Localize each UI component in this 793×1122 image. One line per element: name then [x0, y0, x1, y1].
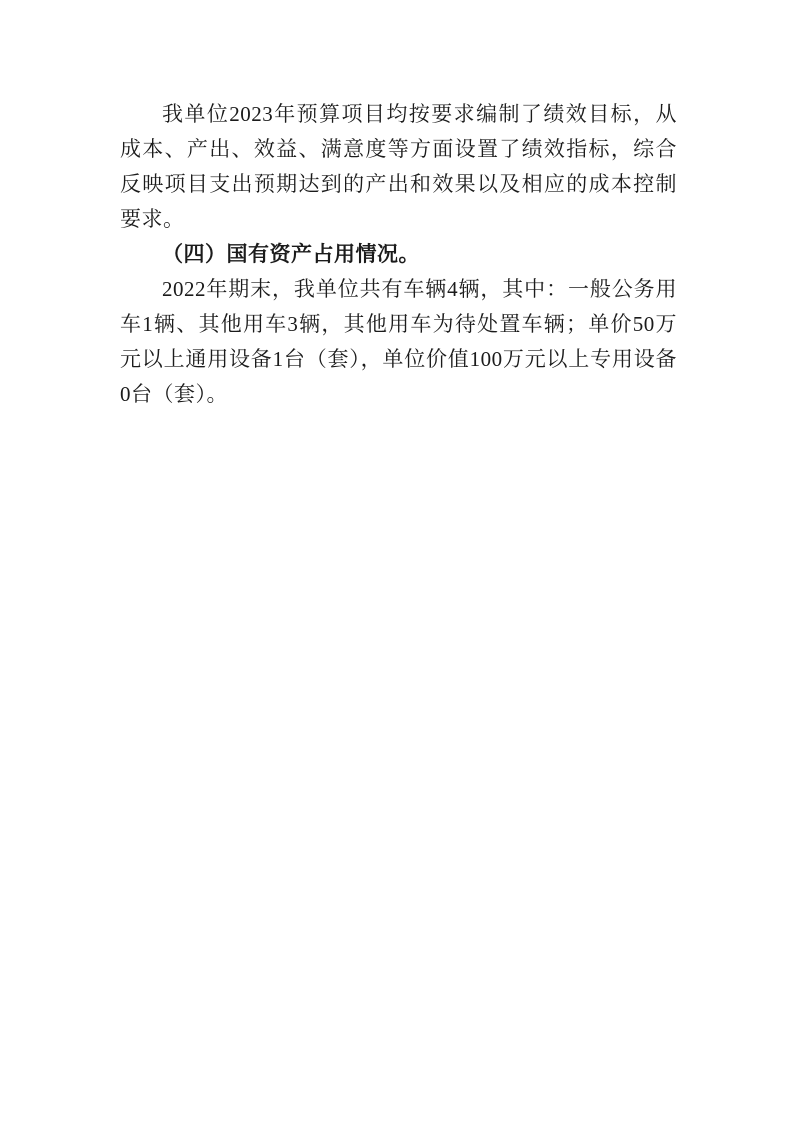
paragraph-asset-occupancy: 2022年期末，我单位共有车辆4辆，其中：一般公务用车1辆、其他用车3辆，其他用… [120, 272, 677, 412]
document-text-block: 我单位2023年预算项目均按要求编制了绩效目标，从成本、产出、效益、满意度等方面… [120, 97, 677, 412]
paragraph-performance-targets: 我单位2023年预算项目均按要求编制了绩效目标，从成本、产出、效益、满意度等方面… [120, 97, 677, 237]
section-heading-state-owned-assets: （四）国有资产占用情况。 [120, 237, 677, 272]
document-page: 我单位2023年预算项目均按要求编制了绩效目标，从成本、产出、效益、满意度等方面… [0, 0, 793, 1122]
